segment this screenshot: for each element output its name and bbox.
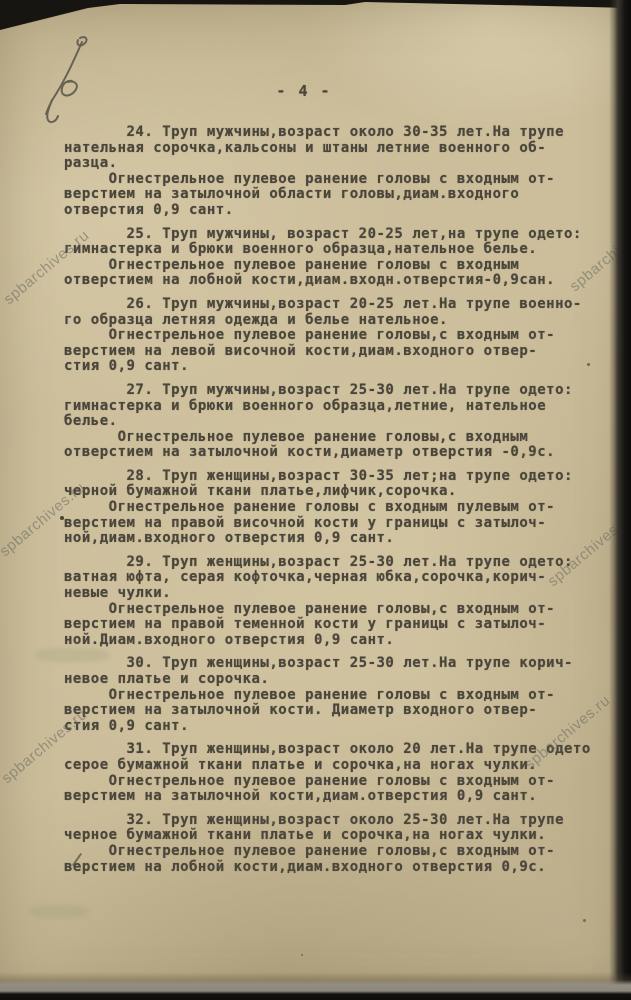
- typed-paragraph-29: 29. Труп женщины,возраст 25-30 лет.На тр…: [64, 555, 604, 649]
- page-number: - 4 -: [64, 82, 544, 100]
- typed-paragraph-24: 24. Труп мужчины,возраст около 30-35 лет…: [64, 125, 604, 219]
- typed-paragraph-27: 27. Труп мужчины,возраст 25-30 лет.На тр…: [64, 383, 604, 461]
- ink-speck: [583, 919, 586, 922]
- typed-text-block: 24. Труп мужчины,возраст около 30-35 лет…: [64, 125, 604, 883]
- typed-paragraph-26: 26. Труп мужчины,возраст 20-25 лет.На тр…: [64, 297, 604, 375]
- typed-paragraph-32: 32. Труп женщины,возраст около 25-30 лет…: [64, 813, 604, 875]
- paper-smudge: [30, 905, 88, 918]
- ink-speck: [301, 954, 303, 956]
- ink-speck: [587, 363, 590, 366]
- typed-paragraph-30: 30. Труп женщины,возраст 25-30 лет.На тр…: [64, 656, 604, 734]
- scanned-document-page: - 4 - 24. Труп мужчины,возраст около 30-…: [0, 0, 631, 1000]
- handwritten-mark: [22, 30, 92, 130]
- ink-speck: [60, 516, 64, 520]
- typed-paragraph-31: 31. Труп женщины,возраст около 20 лет.На…: [64, 742, 604, 804]
- paper-smudge: [35, 648, 110, 662]
- scan-edge-right: [609, 0, 631, 1000]
- typed-paragraph-25: 25. Труп мужчины, возраст 20-25 лет,на т…: [64, 227, 604, 289]
- scan-edge-bottom: [0, 972, 631, 1000]
- paper-sheet: - 4 - 24. Труп мужчины,возраст около 30-…: [0, 0, 631, 1000]
- typed-paragraph-28: 28. Труп женщины,возраст 30-35 лет;на тр…: [64, 469, 604, 547]
- scan-edge-top: [0, 0, 631, 32]
